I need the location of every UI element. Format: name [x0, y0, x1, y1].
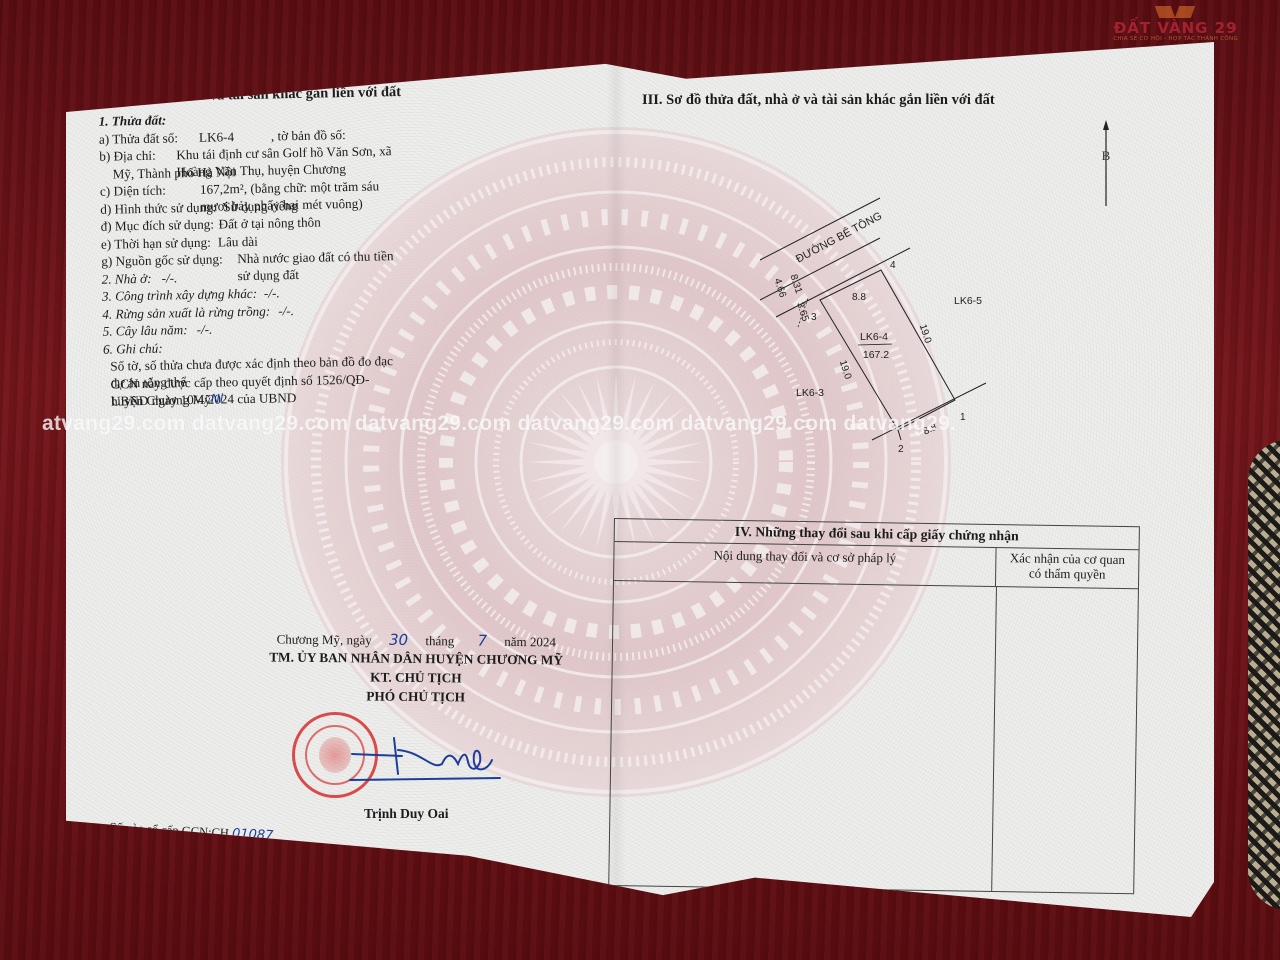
registry-number: 01087	[232, 826, 274, 843]
section-3-title: III. Sơ đồ thửa đất, nhà ở và tài sản kh…	[642, 92, 995, 109]
land-heading: 1. Thửa đất:	[88, 112, 166, 130]
notes-line3: huyện Chương Mỹ	[111, 391, 211, 410]
issuing-organization: TM. ỦY BAN NHÂN DÂN HUYỆN CHƯƠNG MỸ	[236, 649, 596, 669]
forest-value: -/-.	[278, 302, 294, 319]
purpose-value: Đất ở tại nông thôn	[218, 214, 321, 233]
date-day: 30	[389, 631, 408, 649]
place-date-prefix: Chương Mỹ, ngày	[277, 632, 372, 648]
brand-mark-icon	[1149, 6, 1203, 20]
confirmation-column-header: Xác nhận của cơ quan có thẩm quyền	[996, 548, 1139, 588]
notes-initials: Nl	[211, 390, 224, 407]
signer-name: Trịnh Duy Oai	[364, 806, 449, 822]
role-line1: KT. CHỦ TỊCH	[236, 668, 596, 688]
svg-text:4: 4	[890, 260, 896, 271]
parcel-value: LK6-4	[199, 128, 234, 146]
perennial-label: 5. Cây lâu năm:	[92, 321, 187, 340]
svg-text:2: 2	[898, 444, 904, 455]
land-certificate-page: II. Thửa đất, nhà ở và tài sản khác gắn …	[66, 42, 1214, 917]
site-watermark: atvang29.com datvang29.com datvang29.com…	[42, 412, 956, 436]
houndstooth-fabric	[1248, 440, 1280, 910]
brand-logo: ĐẤT VÀNG 29 CHIA SẺ CƠ HỘI - HỢP TÁC THÀ…	[1113, 6, 1238, 42]
svg-text:3.65: 3.65	[794, 301, 811, 323]
term-value: Lâu dài	[218, 232, 258, 250]
term-label: e) Thời hạn sử dụng:	[101, 233, 211, 252]
confirmation-cell-empty	[992, 587, 1138, 893]
arrow-up-icon	[1103, 120, 1109, 130]
month-label: tháng	[425, 633, 454, 648]
svg-text:LK6-5: LK6-5	[954, 295, 982, 307]
changes-table: IV. Những thay đổi sau khi cấp giấy chứn…	[608, 518, 1140, 894]
svg-text:19.0: 19.0	[917, 323, 934, 345]
usage-form-value: Sử dụng riêng	[223, 196, 298, 214]
svg-text:LK6-4: LK6-4	[860, 331, 888, 343]
origin-label: g) Nguồn gốc sử dụng:	[101, 250, 223, 269]
svg-text:LK6-3: LK6-3	[796, 387, 824, 399]
map-sheet-label: , tờ bản đồ số:	[271, 126, 346, 144]
purpose-label: đ) Mục đích sử dụng:	[100, 216, 214, 235]
handwritten-signature	[342, 730, 502, 790]
house-value: -/-.	[161, 269, 177, 286]
svg-text:3: 3	[811, 312, 817, 323]
changes-cell-empty	[609, 581, 997, 891]
parcel-label: a) Thửa đất số:	[99, 129, 178, 148]
house-label: 2. Nhà ở:	[91, 269, 151, 287]
section-2: II. Thửa đất, nhà ở và tài sản khác gắn …	[88, 84, 407, 410]
other-construction-value: -/-.	[264, 284, 280, 301]
north-arrow: B	[1086, 114, 1126, 214]
brand-tagline: CHIA SẺ CƠ HỘI - HỢP TÁC THÀNH CÔNG	[1113, 36, 1238, 42]
changes-column-header: Nội dung thay đổi và cơ sở pháp lý	[614, 542, 997, 586]
address-line2: Mỹ, Thành phố Hà Nội	[112, 163, 236, 182]
brand-name: ĐẤT VÀNG 29	[1113, 20, 1238, 36]
svg-text:8.8: 8.8	[852, 292, 866, 303]
svg-text:B: B	[1102, 148, 1111, 163]
section-2-title: II. Thửa đất, nhà ở và tài sản khác gắn …	[88, 84, 401, 107]
notes-heading: 6. Ghi chú:	[93, 339, 163, 357]
svg-text:1: 1	[960, 412, 966, 423]
usage-form-label: d) Hình thức sử dụng:	[100, 198, 216, 217]
date-month: 7	[477, 632, 487, 650]
svg-text:167.2: 167.2	[863, 349, 889, 361]
date-year: năm 2024	[504, 634, 556, 650]
svg-text:19.0: 19.0	[837, 359, 854, 381]
svg-text:4.66: 4.66	[771, 277, 788, 299]
signature-block: Chương Mỹ, ngày 30 tháng 7 năm 2024 TM. …	[236, 630, 597, 707]
perennial-value: -/-.	[196, 321, 212, 338]
svg-text:ĐƯỜNG BÊ TÔNG: ĐƯỜNG BÊ TÔNG	[794, 209, 885, 265]
parcel-diagram: ĐƯỜNG BÊ TÔNG 8.31 4.66 3.65 4 3 1 2 8.8…	[760, 190, 1080, 480]
area-label: c) Diện tích:	[100, 182, 166, 200]
address-label: b) Địa chỉ:	[99, 147, 156, 165]
